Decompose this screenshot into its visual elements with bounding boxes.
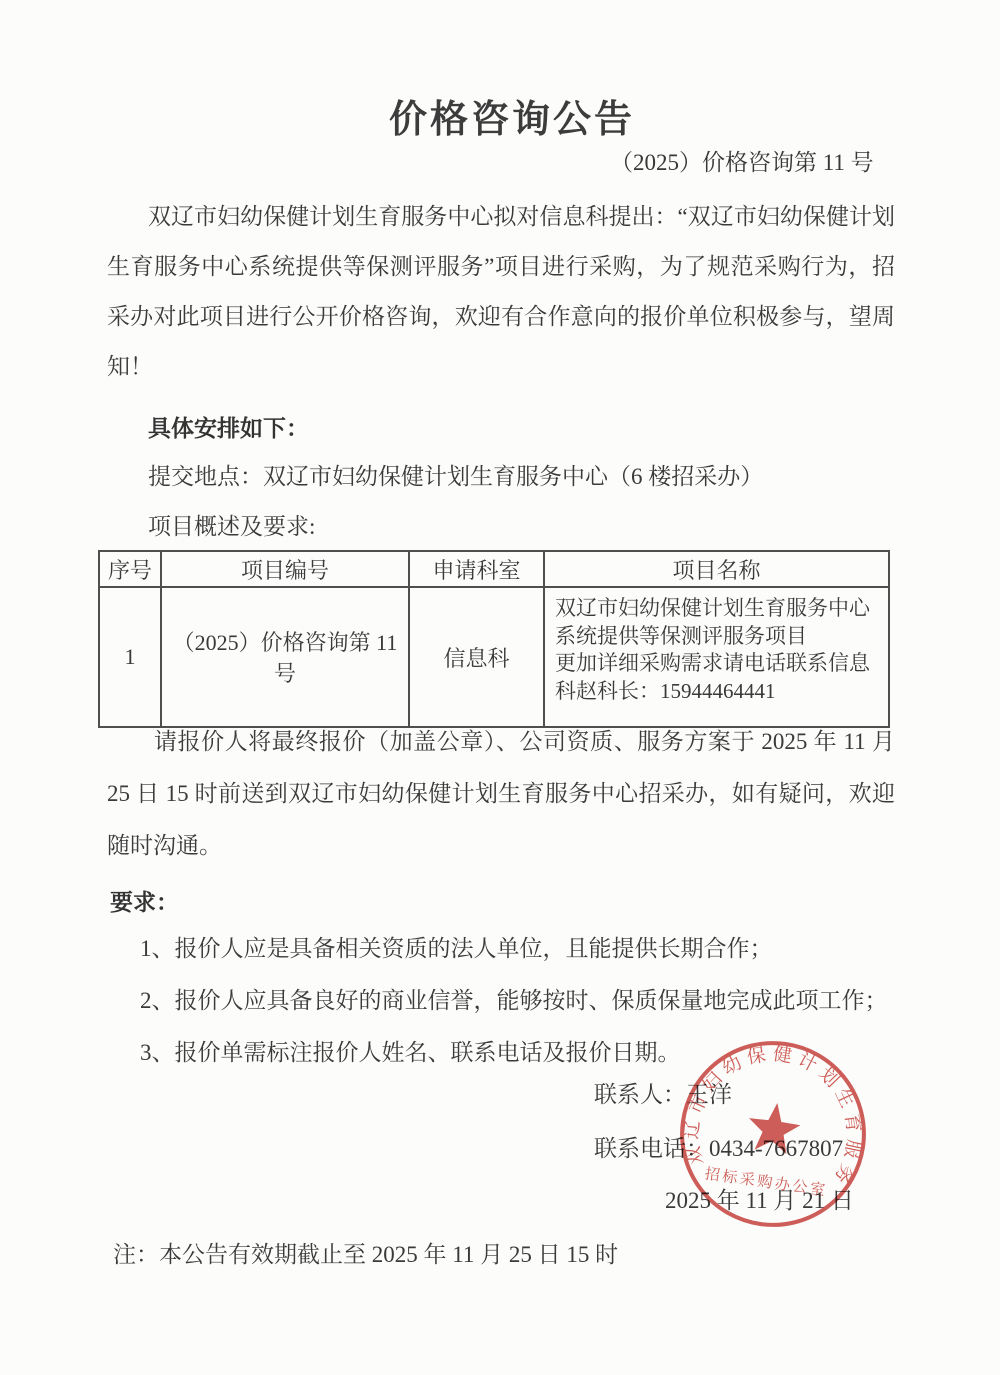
stamp-office-text: 招标采购办公室 [704, 1165, 829, 1200]
footer-note: 注：本公告有效期截止至 2025 年 11 月 25 日 15 时 [113, 1236, 618, 1269]
submission-paragraph: 请报价人将最终报价（加盖公章）、公司资质、服务方案于 2025 年 11 月 2… [107, 716, 895, 872]
document-page: 价格咨询公告 （2025）价格咨询第 11 号 双辽市妇幼保健计划生育服务中心拟… [0, 0, 1000, 1375]
requirements-heading: 要求： [110, 884, 179, 917]
cell-project-no: （2025）价格咨询第 11 号 [161, 587, 409, 727]
col-header-project-no: 项目编号 [161, 551, 409, 587]
table-row: 1 （2025）价格咨询第 11 号 信息科 双辽市妇幼保健计划生育服务中心系统… [99, 587, 889, 727]
table-header-row: 序号 项目编号 申请科室 项目名称 [99, 551, 889, 587]
arrangement-heading: 具体安排如下： [148, 410, 309, 443]
stamp-org-text: 双辽市妇幼保健计划生育服务中心 [659, 1020, 880, 1193]
col-header-project-name: 项目名称 [544, 551, 889, 587]
page-title: 价格咨询公告 [0, 88, 1000, 143]
col-header-department: 申请科室 [409, 551, 544, 587]
doc-number: （2025）价格咨询第 11 号 [610, 144, 874, 177]
cell-project-name: 双辽市妇幼保健计划生育服务中心系统提供等保测评服务项目 更加详细采购需求请电话联… [544, 587, 889, 727]
cell-seq: 1 [99, 587, 161, 727]
official-stamp: 双辽市妇幼保健计划生育服务中心 招标采购办公室 [659, 1020, 887, 1248]
requirement-item-1: 1、报价人应是具备相关资质的法人单位，且能提供长期合作； [140, 930, 773, 963]
requirement-item-2: 2、报价人应具备良好的商业信誉，能够按时、保质保量地完成此项工作； [140, 982, 888, 1015]
col-header-seq: 序号 [99, 551, 161, 587]
intro-paragraph: 双辽市妇幼保健计划生育服务中心拟对信息科提出：“双辽市妇幼保健计划生育服务中心系… [107, 192, 895, 392]
submit-location: 提交地点：双辽市妇幼保健计划生育服务中心（6 楼招采办） [148, 458, 763, 491]
requirement-item-3: 3、报价单需标注报价人姓名、联系电话及报价日期。 [140, 1034, 681, 1067]
stamp-star-icon [745, 1099, 803, 1155]
overview-heading: 项目概述及要求: [148, 508, 315, 541]
projects-table: 序号 项目编号 申请科室 项目名称 1 （2025）价格咨询第 11 号 信息科… [98, 550, 890, 728]
cell-department: 信息科 [409, 587, 544, 727]
